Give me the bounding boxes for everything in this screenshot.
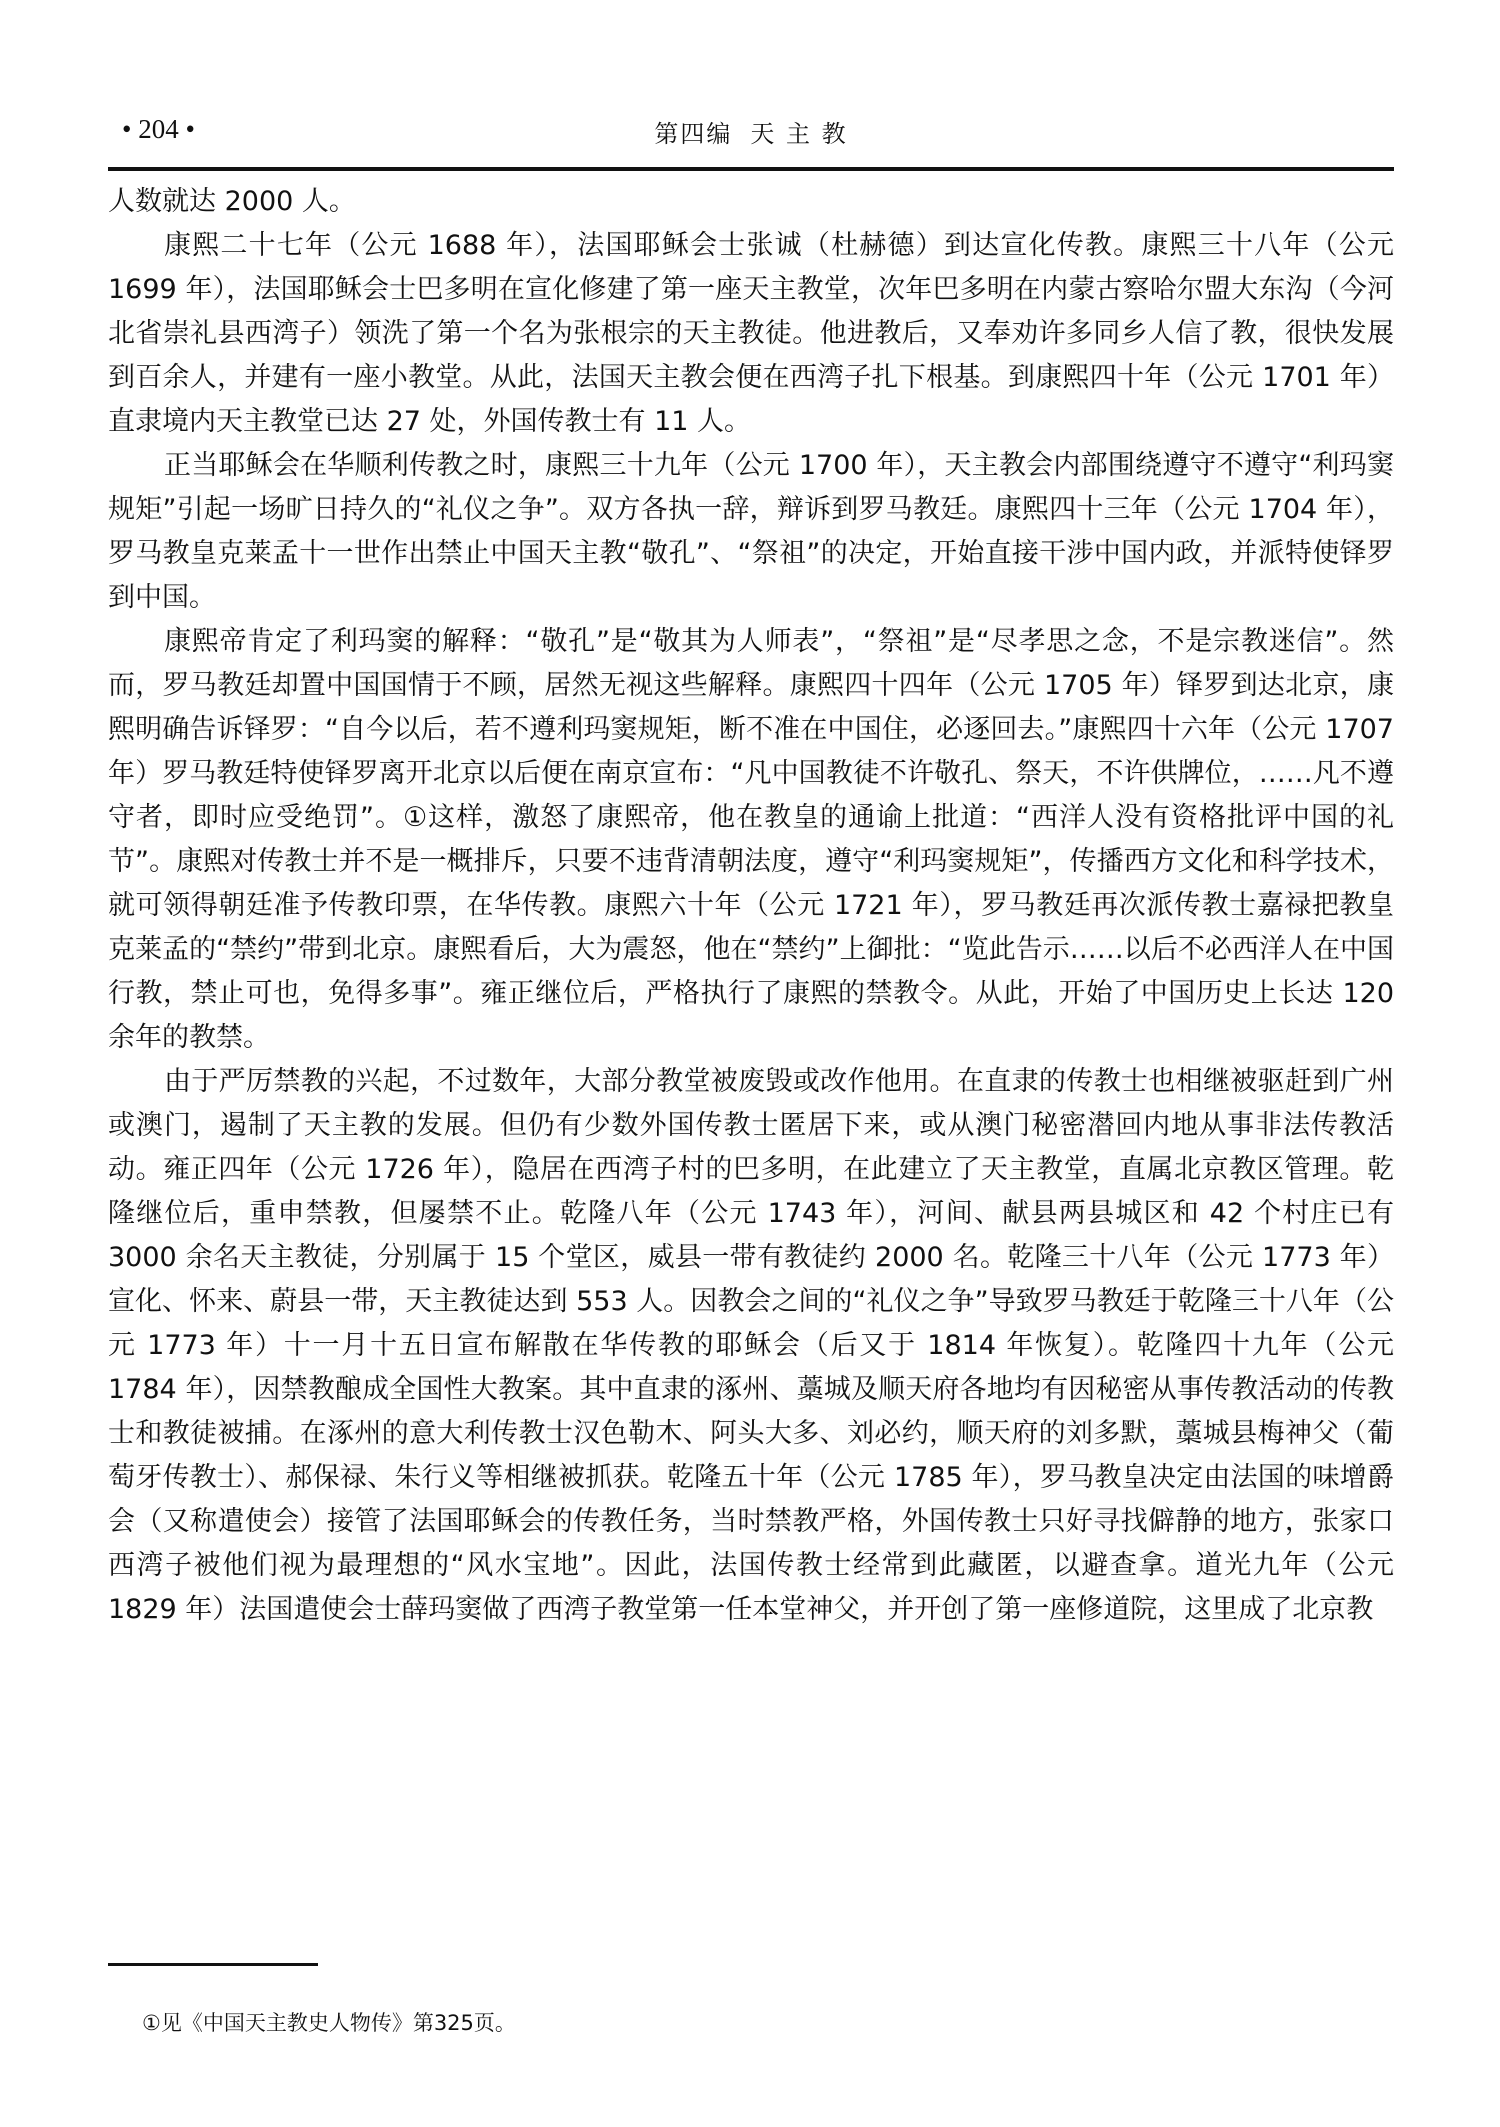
chapter-title: 天 主 教: [750, 120, 847, 148]
running-title: 第四编天 主 教: [108, 114, 1394, 149]
part-label: 第四编: [654, 120, 732, 148]
footnote-rule: [108, 1963, 318, 1966]
page-header: • 204 • 第四编天 主 教: [108, 112, 1394, 152]
paragraph: 人数就达 2000 人。: [108, 180, 1394, 224]
paragraph: 康熙帝肯定了利玛窦的解释：“敬孔”是“敬其为人师表”，“祭祖”是“尽孝思之念，不…: [108, 620, 1394, 1060]
paragraph: 由于严厉禁教的兴起，不过数年，大部分教堂被废毁或改作他用。在直隶的传教士也相继被…: [108, 1060, 1394, 1632]
paragraph: 正当耶稣会在华顺利传教之时，康熙三十九年（公元 1700 年），天主教会内部围绕…: [108, 444, 1394, 620]
document-page: • 204 • 第四编天 主 教 人数就达 2000 人。 康熙二十七年（公元 …: [108, 112, 1394, 152]
footnote: ①见《中国天主教史人物传》第325页。: [142, 2008, 516, 2038]
header-rule: [108, 167, 1394, 171]
paragraph: 康熙二十七年（公元 1688 年），法国耶稣会士张诚（杜赫德）到达宣化传教。康熙…: [108, 224, 1394, 444]
body-text: 人数就达 2000 人。 康熙二十七年（公元 1688 年），法国耶稣会士张诚（…: [108, 180, 1394, 1632]
